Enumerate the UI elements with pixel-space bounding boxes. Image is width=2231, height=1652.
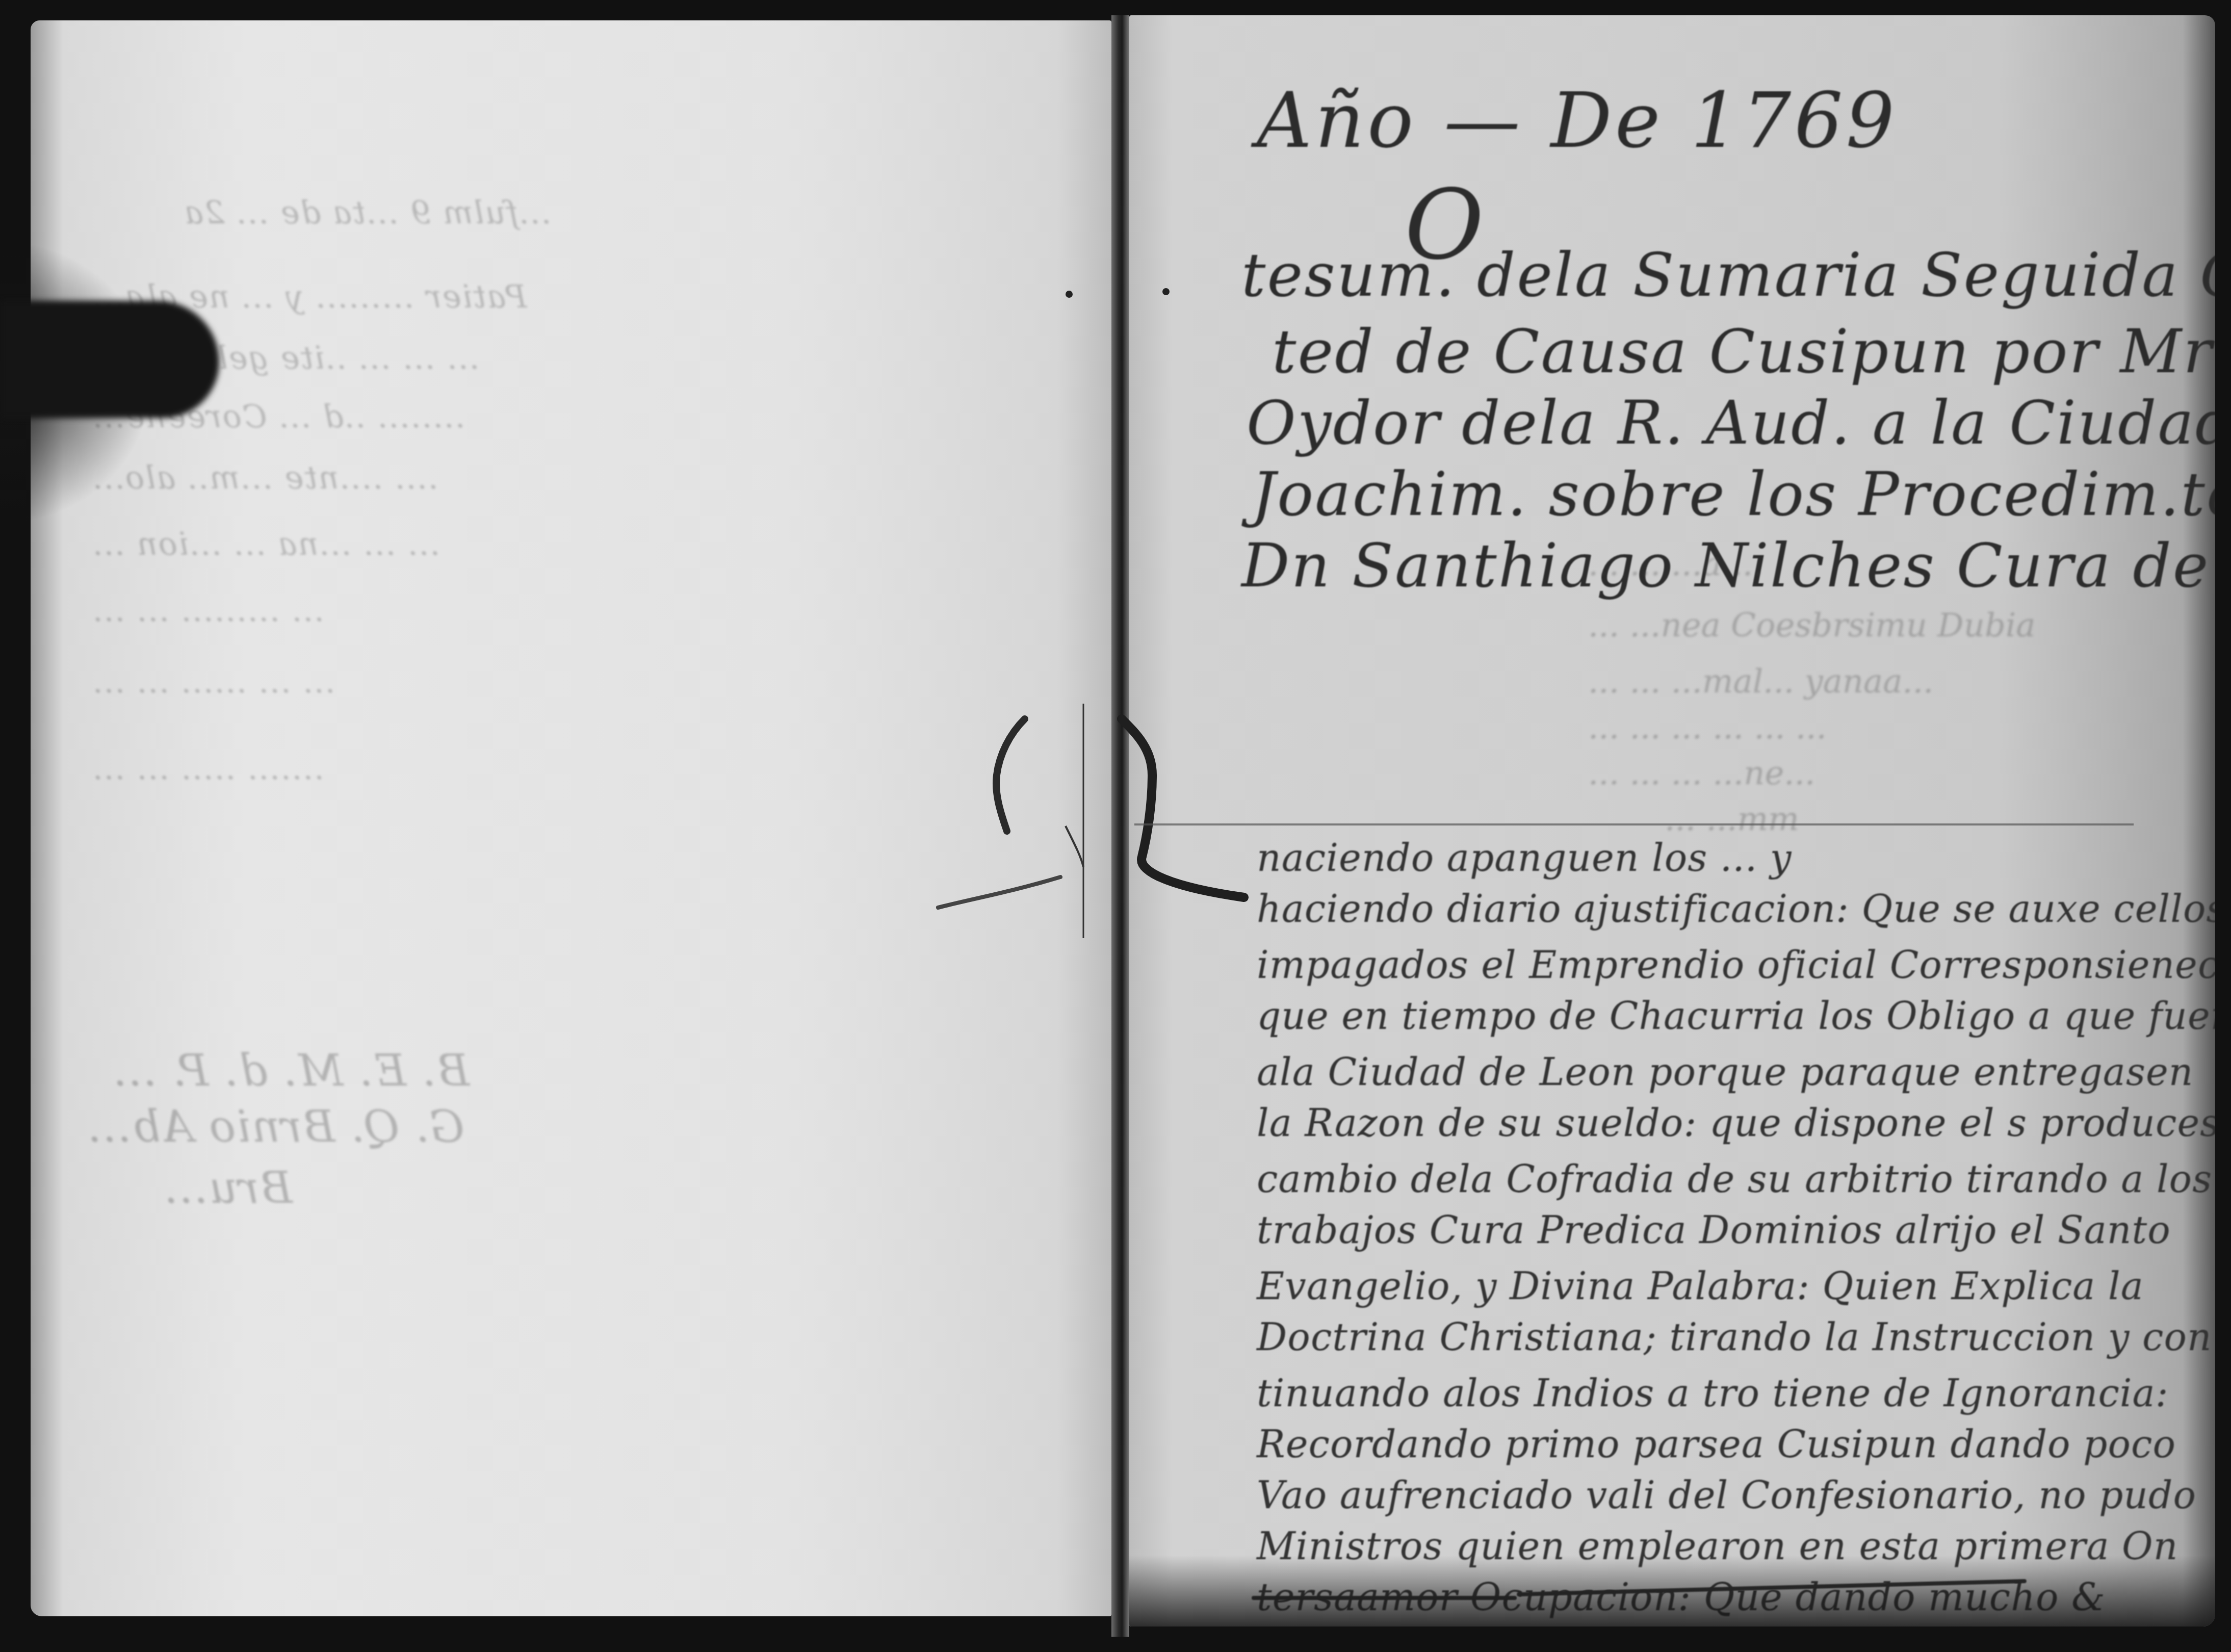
heading-line: tesum. dela Sumaria Seguida Convic (1241, 240, 2215, 310)
bleed-through-signature: G. Q. Brnio Ab... (87, 1101, 464, 1152)
body-line: Ministros quien emplearon en esta primer… (1257, 1525, 2178, 1568)
heading-line: Oydor dela R. Aud. a la Ciudad de (1247, 388, 2215, 458)
body-line: impagados el Emprendio oficial Correspon… (1257, 943, 2215, 987)
bleed-through-signature: Bru... (163, 1163, 293, 1214)
closing-flourish (1252, 1596, 1517, 1600)
bleed-through-line: ... ... ... ..ite gel... (184, 339, 479, 376)
bleed-through-line: ...fulm 9 ...ta de ... 2a (184, 194, 552, 231)
body-line: haciendo diario ajustificacion: Que se a… (1257, 887, 2215, 931)
bleed-through-line: ....... ..... ... ... (92, 750, 324, 787)
ink-dot (1066, 291, 1073, 298)
body-line: Vao aufrenciado vali del Confesionario, … (1257, 1474, 2196, 1517)
faint-line: ... ... ... ...ne... (1588, 755, 1815, 792)
body-line: Evangelio, y Divina Palabra: Quien Expli… (1257, 1264, 2144, 1308)
body-line: tersaamor Ocupacion: Que dando mucho & (1257, 1576, 2106, 1619)
page-fold-line (1134, 823, 2134, 825)
binding-thread-marks (907, 704, 1366, 938)
body-line: trabajos Cura Predica Dominios alrijo el… (1257, 1208, 2171, 1252)
body-line: la Razon de su sueldo: que dispone el s … (1257, 1101, 2215, 1145)
bleed-through-line: ... ... ...na ... ...ion ... (92, 525, 440, 562)
heading-line: ted de Causa Cusipun por Mr Señor (1272, 316, 2215, 386)
heading-line: Joachim. sobre los Procedim.tos del Br (1252, 459, 2215, 529)
closing-flourish (1517, 1579, 2027, 1596)
microfilm-frame: ...fulm 9 ...ta de ... 2a Patier .......… (0, 0, 2231, 1652)
body-line: Doctrina Christiana; tirando la Instrucc… (1257, 1315, 2212, 1359)
faint-line: ... ... ...mal... yanaa... (1588, 663, 1933, 701)
bleed-through-line: ... ......... ... ... (92, 591, 324, 629)
body-line: Recordando primo parsea Cusipun dando po… (1257, 1423, 2176, 1466)
faint-line: ... ... ...a ... (1588, 546, 1763, 583)
body-line: que en tiempo de Chacurria los Obligo a … (1257, 994, 2215, 1038)
body-line: ala Ciudad de Leon porque paraque entreg… (1257, 1050, 2193, 1094)
ink-dot (1162, 288, 1170, 295)
faint-line: ... ...nea Coesbrsimu Dubia (1588, 607, 2035, 644)
body-line: tinuando alos Indios a tro tiene de Igno… (1257, 1372, 2169, 1415)
bleed-through-signature: B. E. M. d. P. ... (112, 1045, 470, 1096)
faint-line: ... ...mm (1665, 801, 1799, 838)
bleed-through-line: ... ... ...... ... ... (92, 663, 335, 700)
heading-year-line: Año — De 1769 (1257, 76, 1898, 165)
body-line: cambio dela Cofradia de su arbitrio tira… (1257, 1157, 2212, 1201)
thumb-occlusion (0, 301, 219, 418)
faint-line: ... ... ... ... ... ... (1588, 709, 1827, 746)
